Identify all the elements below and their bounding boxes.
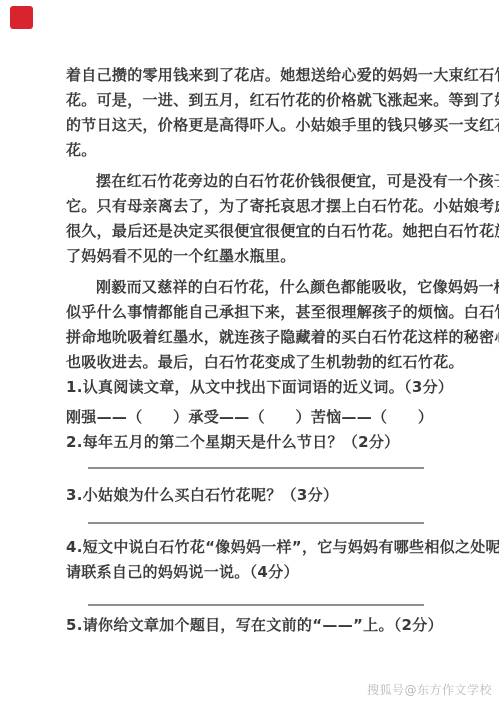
paragraph-3: 刚毅而又慈祥的白石竹花，什么颜色都能吸收，它像妈妈一样， 似乎什么事情都能自己承… xyxy=(66,275,435,375)
synonym-blank-chengshou: 承受——（ ） xyxy=(188,405,310,430)
worksheet-page: 着自己攒的零用钱来到了花店。她想送给心爱的妈妈一大束红石竹 花。可是，一进、到五… xyxy=(0,0,499,706)
text-line: 请联系自己的妈妈说一说。（4分） xyxy=(66,560,435,585)
question-5: 5.请你给文章加个题目，写在文前的“——”上。（2分） xyxy=(66,613,435,638)
article-body: 着自己攒的零用钱来到了花店。她想送给心爱的妈妈一大束红石竹 花。可是，一进、到五… xyxy=(66,0,435,638)
text-line: 4.短文中说白石竹花“像妈妈一样”，它与妈妈有哪些相似之处呢？ xyxy=(66,535,435,560)
text-line: 很久，最后还是决定买很便宜很便宜的白石竹花。她把白石竹花放到 xyxy=(66,219,435,244)
paragraph-1: 着自己攒的零用钱来到了花店。她想送给心爱的妈妈一大束红石竹 花。可是，一进、到五… xyxy=(66,63,435,163)
answer-line xyxy=(88,522,424,524)
question-1-synonyms-row: 刚强——（ ） 承受——（ ） 苦恼——（ ） xyxy=(66,405,435,430)
text-line: 花。可是，一进、到五月，红石竹花的价格就飞涨起来。等到了妈妈 xyxy=(66,88,435,113)
text-line: 它。只有母亲离去了，为了寄托哀思才摆上白石竹花。小姑娘考虑了 xyxy=(66,194,435,219)
text-line: 了妈妈看不见的一个红墨水瓶里。 xyxy=(66,244,435,269)
question-2: 2.每年五月的第二个星期天是什么节日？（2分） xyxy=(66,430,435,455)
question-4: 4.短文中说白石竹花“像妈妈一样”，它与妈妈有哪些相似之处呢？ 请联系自己的妈妈… xyxy=(66,535,435,585)
sohu-logo-icon xyxy=(10,6,33,29)
text-line: 花。 xyxy=(66,138,435,163)
answer-line xyxy=(88,604,424,606)
question-3: 3.小姑娘为什么买白石竹花呢？（3分） xyxy=(66,483,435,508)
text-line: 拼命地吮吸着红墨水，就连孩子隐藏着的买白石竹花这样的秘密心情 xyxy=(66,325,435,350)
synonym-blank-gangqiang: 刚强——（ ） xyxy=(66,405,188,430)
text-line: 的节日这天，价格更是高得吓人。小姑娘手里的钱只够买一支红石竹 xyxy=(66,113,435,138)
answer-line xyxy=(88,467,424,469)
synonym-blank-kunao: 苦恼——（ ） xyxy=(311,405,433,430)
question-1: 1.认真阅读文章，从文中找出下面词语的近义词。（3分） xyxy=(66,375,435,400)
paragraph-2: 摆在红石竹花旁边的白石竹花价钱很便宜，可是没有一个孩子买 它。只有母亲离去了，为… xyxy=(66,169,435,269)
text-line: 似乎什么事情都能自己承担下来，甚至很理解孩子的烦恼。白石竹花 xyxy=(66,300,435,325)
text-line: 着自己攒的零用钱来到了花店。她想送给心爱的妈妈一大束红石竹 xyxy=(66,63,435,88)
text-line: 也吸收进去。最后，白石竹花变成了生机勃勃的红石竹花。 xyxy=(66,350,435,375)
text-line: 摆在红石竹花旁边的白石竹花价钱很便宜，可是没有一个孩子买 xyxy=(66,169,435,194)
text-line: 刚毅而又慈祥的白石竹花，什么颜色都能吸收，它像妈妈一样， xyxy=(66,275,435,300)
watermark: 搜狐号@东方作文学校 xyxy=(367,681,492,698)
